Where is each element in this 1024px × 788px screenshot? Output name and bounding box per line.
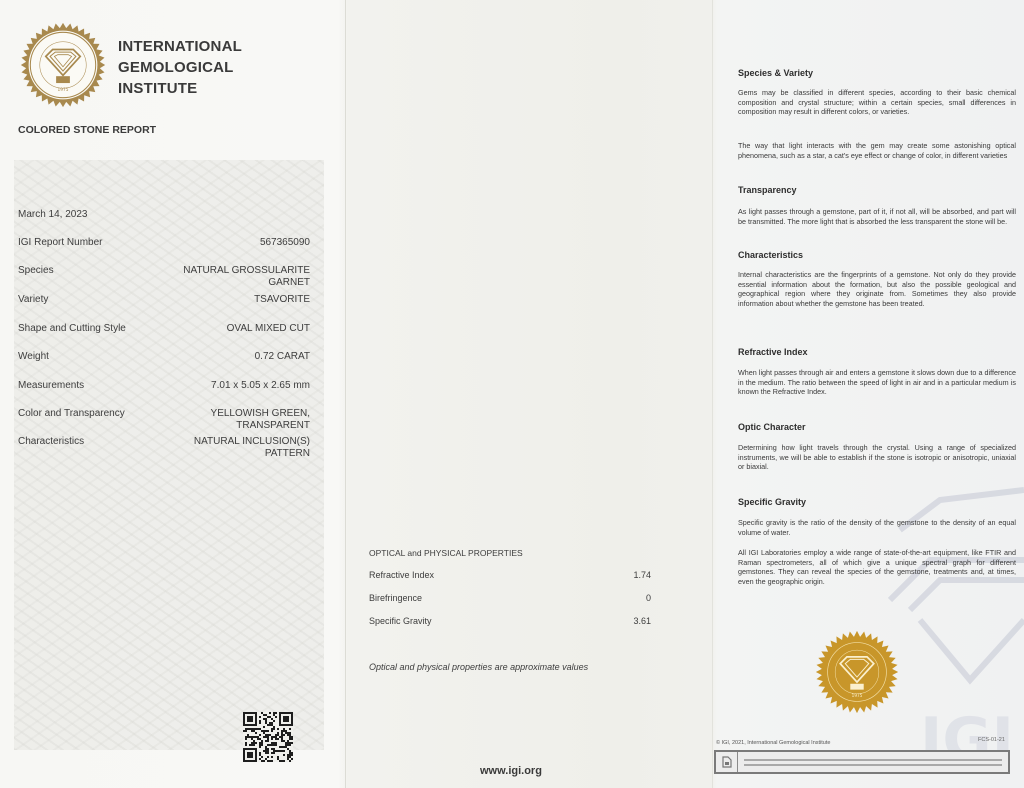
svg-text:1975: 1975 [58,87,69,93]
info-heading: Optic Character [738,422,806,432]
security-notice-text [738,756,1008,769]
detail-value: YELLOWISH GREEN,TRANSPARENT [211,408,310,432]
detail-row-shape-cut: Shape and Cutting Style OVAL MIXED CUT [18,323,310,335]
detail-row-species: Species NATURAL GROSSULARITEGARNET [18,265,310,289]
igi-logo-seal-icon: 1975 [20,22,106,108]
gold-seal-icon: 1975 [815,630,899,714]
property-value: 3.61 [633,616,651,626]
info-heading: Refractive Index [738,347,808,357]
org-name-line: INSTITUTE [118,78,242,99]
info-paragraph: The way that light interacts with the ge… [738,141,1016,160]
website-link[interactable]: www.igi.org [480,765,542,777]
property-label: Birefringence [369,593,422,603]
properties-note: Optical and physical properties are appr… [369,662,588,672]
detail-row-characteristics: Characteristics NATURAL INCLUSION(S)PATT… [18,436,310,460]
property-label: Specific Gravity [369,616,432,626]
detail-label: Weight [18,351,49,363]
detail-label: Measurements [18,380,84,392]
info-paragraph: Determining how light travels through th… [738,443,1016,472]
property-value: 1.74 [633,570,651,580]
detail-label: Characteristics [18,436,84,460]
detail-row-weight: Weight 0.72 CARAT [18,351,310,363]
report-date: March 14, 2023 [18,209,88,220]
detail-value: 567365090 [260,237,310,249]
detail-label: Color and Transparency [18,408,125,432]
form-code: FCS-01-21 [978,737,1005,743]
detail-value: TSAVORITE [254,294,310,306]
detail-label: Variety [18,294,48,306]
detail-row-measurements: Measurements 7.01 x 5.05 x 2.65 mm [18,380,310,392]
info-paragraph: Gems may be classified in different spec… [738,88,1016,117]
detail-row-variety: Variety TSAVORITE [18,294,310,306]
org-name-line: INTERNATIONAL [118,36,242,57]
info-heading: Transparency [738,185,797,195]
qr-code-icon[interactable] [243,712,293,762]
info-paragraph: Internal characteristics are the fingerp… [738,270,1016,308]
info-paragraph: All IGI Laboratories employ a wide range… [738,548,1016,586]
info-heading: Species & Variety [738,68,813,78]
info-paragraph: When light passes through air and enters… [738,368,1016,397]
property-value: 0 [646,593,651,603]
svg-text:1975: 1975 [852,693,863,698]
detail-value: OVAL MIXED CUT [227,323,310,335]
detail-value: NATURAL INCLUSION(S)PATTERN [194,436,310,460]
property-label: Refractive Index [369,570,434,580]
report-type-title: COLORED STONE REPORT [18,124,156,136]
info-heading: Specific Gravity [738,497,806,507]
property-row: Birefringence 0 [369,593,651,603]
fold-line-right [712,0,713,788]
detail-value: NATURAL GROSSULARITEGARNET [183,265,310,289]
property-row: Specific Gravity 3.61 [369,616,651,626]
detail-label: Shape and Cutting Style [18,323,126,335]
detail-row-report-number: IGI Report Number 567365090 [18,237,310,249]
security-features-notice [714,750,1010,774]
org-name-line: GEMOLOGICAL [118,57,242,78]
property-row: Refractive Index 1.74 [369,570,651,580]
fold-line-left [345,0,346,788]
detail-value: 0.72 CARAT [255,351,310,363]
document-icon [716,752,738,772]
properties-title: OPTICAL and PHYSICAL PROPERTIES [369,548,523,558]
info-heading: Characteristics [738,250,803,260]
copyright-text: © IGI, 2021, International Gemological I… [716,740,830,746]
detail-label: IGI Report Number [18,237,102,249]
organization-name: INTERNATIONAL GEMOLOGICAL INSTITUTE [118,36,242,99]
detail-row-color-transparency: Color and Transparency YELLOWISH GREEN,T… [18,408,310,432]
detail-label: Species [18,265,54,289]
detail-value: 7.01 x 5.05 x 2.65 mm [211,380,310,392]
info-paragraph: Specific gravity is the ratio of the den… [738,518,1016,537]
info-paragraph: As light passes through a gemstone, part… [738,207,1016,226]
